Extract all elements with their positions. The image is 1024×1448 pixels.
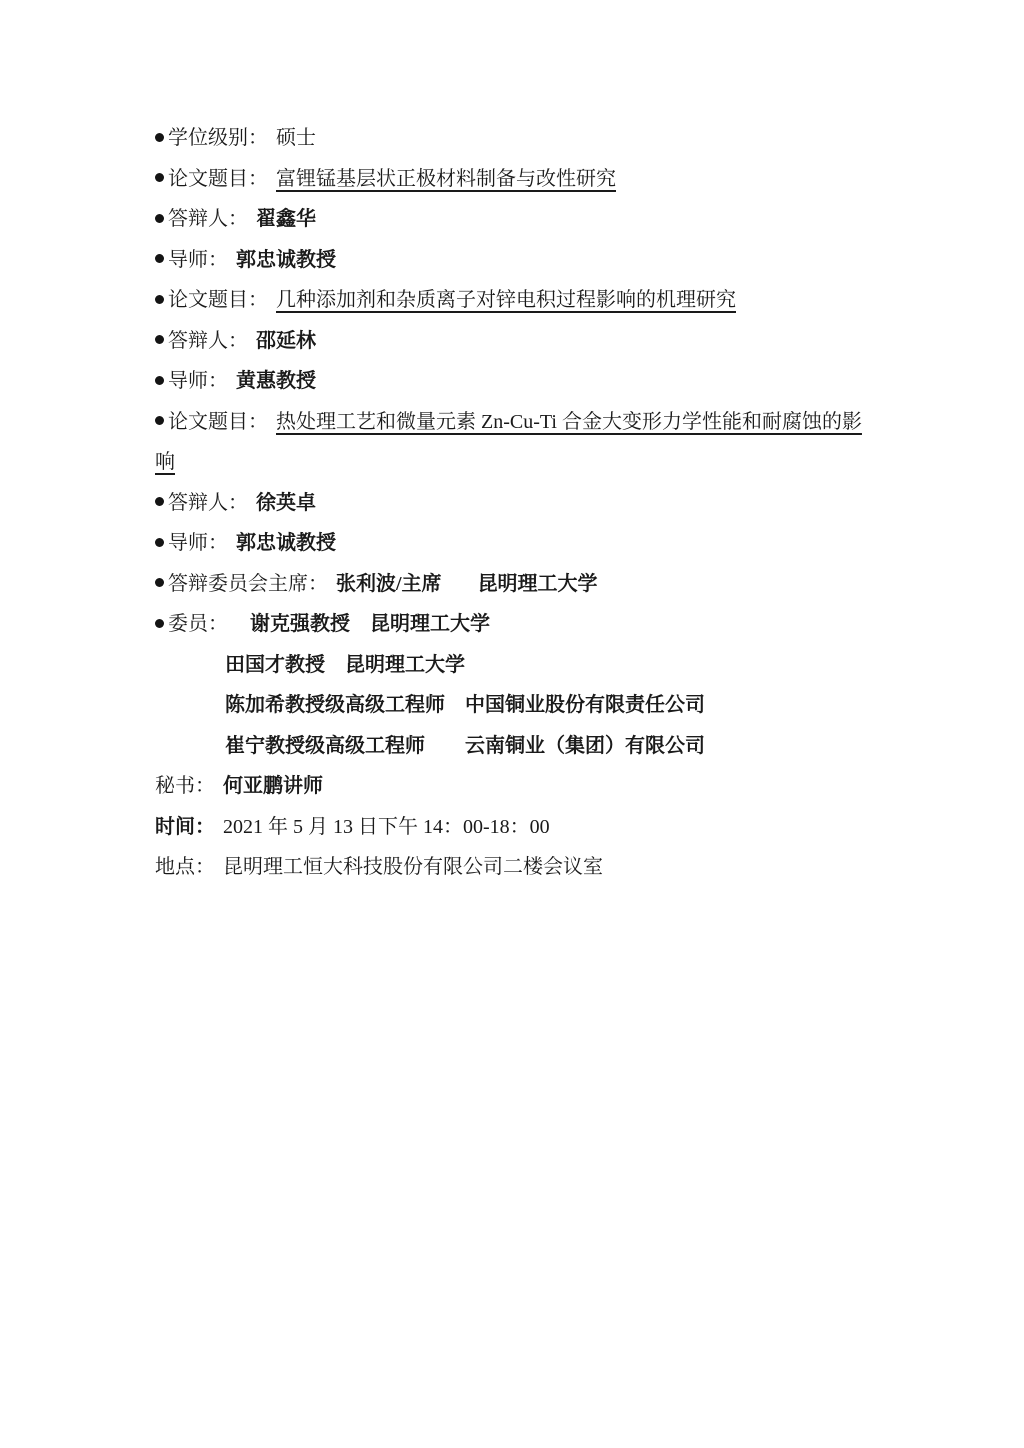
degree-value: 硕士 (276, 127, 316, 149)
advisor3-name: 郭忠诚教授 (236, 532, 336, 554)
committee-members-label: 委员： (168, 613, 228, 635)
bullet-icon (155, 214, 164, 223)
thesis2-label: 论文题目： (168, 289, 268, 311)
advisor2-name: 黄惠教授 (236, 370, 316, 392)
bullet-icon (155, 173, 164, 182)
thesis1-label: 论文题目： (168, 168, 268, 190)
member-org: 中国铜业股份有限责任公司 (465, 694, 705, 716)
thesis-defense-announcement: 学位级别：硕士 论文题目：富锂锰基层状正极材料制备与改性研究 答辩人：翟鑫华 导… (155, 118, 879, 888)
bullet-icon (155, 133, 164, 142)
defender1-line: 答辩人：翟鑫华 (155, 199, 879, 240)
member-org: 云南铜业（集团）有限公司 (465, 735, 705, 757)
committee-member-row: 田国才教授昆明理工大学 (155, 645, 879, 686)
bullet-icon (155, 335, 164, 344)
bullet-icon (155, 376, 164, 385)
committee-chair-org: 昆明理工大学 (478, 573, 598, 595)
defender3-label: 答辩人： (168, 492, 248, 514)
committee-member-row: 委员：谢克强教授昆明理工大学 (155, 604, 879, 645)
thesis1-title-line: 论文题目：富锂锰基层状正极材料制备与改性研究 (155, 159, 879, 200)
bullet-icon (155, 416, 164, 425)
advisor1-name: 郭忠诚教授 (236, 249, 336, 271)
bullet-icon (155, 578, 164, 587)
time-value: 2021 年 5 月 13 日下午 14：00-18：00 (223, 816, 550, 838)
committee-chair-name: 张利波/主席 (336, 573, 442, 595)
secretary-name: 何亚鹏讲师 (223, 775, 323, 797)
committee-chair-line: 答辩委员会主席：张利波/主席昆明理工大学 (155, 564, 879, 605)
bullet-icon (155, 254, 164, 263)
defender1-label: 答辩人： (168, 208, 248, 230)
thesis2-title-line: 论文题目：几种添加剂和杂质离子对锌电积过程影响的机理研究 (155, 280, 879, 321)
bullet-icon (155, 295, 164, 304)
advisor3-label: 导师： (168, 532, 228, 554)
bullet-icon (155, 497, 164, 506)
secretary-label: 秘书： (155, 775, 215, 797)
defender2-name: 邵延林 (256, 330, 316, 352)
committee-member-row: 崔宁教授级高级工程师云南铜业（集团）有限公司 (155, 726, 879, 767)
member-org: 昆明理工大学 (345, 654, 465, 676)
advisor2-label: 导师： (168, 370, 228, 392)
defender3-name: 徐英卓 (256, 492, 316, 514)
time-label: 时间： (155, 816, 215, 838)
member-name: 崔宁教授级高级工程师 (225, 735, 425, 757)
bullet-icon (155, 538, 164, 547)
advisor1-line: 导师：郭忠诚教授 (155, 240, 879, 281)
member-name: 陈加希教授级高级工程师 (225, 694, 445, 716)
degree-label: 学位级别： (168, 127, 268, 149)
member-name: 田国才教授 (225, 654, 325, 676)
advisor2-line: 导师：黄惠教授 (155, 361, 879, 402)
advisor3-line: 导师：郭忠诚教授 (155, 523, 879, 564)
committee-member-row: 陈加希教授级高级工程师中国铜业股份有限责任公司 (155, 685, 879, 726)
secretary-line: 秘书：何亚鹏讲师 (155, 766, 879, 807)
thesis3-label: 论文题目： (168, 411, 268, 433)
defender2-line: 答辩人：邵延林 (155, 321, 879, 362)
thesis2-title: 几种添加剂和杂质离子对锌电积过程影响的机理研究 (276, 289, 736, 311)
defender2-label: 答辩人： (168, 330, 248, 352)
thesis1-title: 富锂锰基层状正极材料制备与改性研究 (276, 168, 616, 190)
time-line: 时间：2021 年 5 月 13 日下午 14：00-18：00 (155, 807, 879, 848)
location-value: 昆明理工恒大科技股份有限公司二楼会议室 (223, 856, 603, 878)
advisor1-label: 导师： (168, 249, 228, 271)
committee-chair-label: 答辩委员会主席： (168, 573, 328, 595)
bullet-icon (155, 619, 164, 628)
defender3-line: 答辩人：徐英卓 (155, 483, 879, 524)
member-name: 谢克强教授 (250, 613, 350, 635)
thesis3-title-line: 论文题目：热处理工艺和微量元素 Zn-Cu-Ti 合金大变形力学性能和耐腐蚀的影… (155, 402, 879, 483)
location-line: 地点：昆明理工恒大科技股份有限公司二楼会议室 (155, 847, 879, 888)
degree-line: 学位级别：硕士 (155, 118, 879, 159)
member-org: 昆明理工大学 (370, 613, 490, 635)
defender1-name: 翟鑫华 (256, 208, 316, 230)
location-label: 地点： (155, 856, 215, 878)
